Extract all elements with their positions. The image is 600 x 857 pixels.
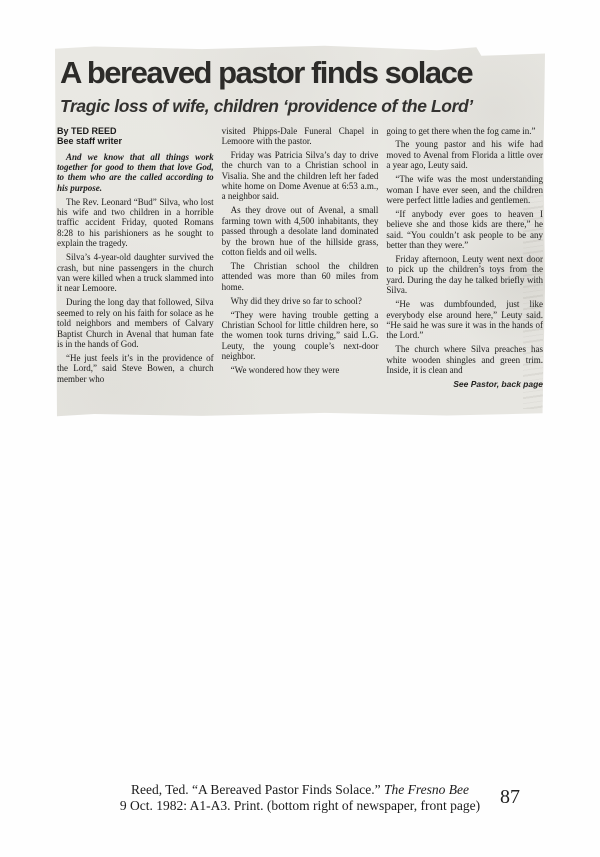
article-paragraph: As they drove out of Avenal, a small far…: [222, 205, 379, 257]
article-columns: By TED REED Bee staff writer And we know…: [55, 117, 545, 390]
article-headline: A bereaved pastor finds solace: [60, 57, 541, 90]
article-column-2: visited Phipps-Dale Funeral Chapel in Le…: [222, 126, 379, 390]
scanned-document-page: A bereaved pastor finds solace Tragic lo…: [0, 0, 600, 857]
article-paragraph: “If anybody ever goes to heaven I believ…: [386, 209, 543, 251]
jump-line: See Pastor, back page: [386, 379, 543, 389]
article-paragraph: The young pastor and his wife had moved …: [386, 139, 543, 170]
byline-author: By TED REED: [57, 126, 214, 136]
article-paragraph: “He just feels it’s in the providence of…: [57, 353, 214, 384]
byline-role: Bee staff writer: [57, 136, 214, 146]
scan-smudges: [523, 175, 543, 409]
scripture-verse-paragraph: And we know that all things work togethe…: [57, 152, 214, 194]
article-subhead: Tragic loss of wife, children ‘providenc…: [60, 96, 541, 117]
citation-source-title: The Fresno Bee: [384, 782, 469, 797]
article-paragraph: Silva’s 4-year-old daughter survived the…: [57, 252, 214, 294]
newspaper-clipping: A bereaved pastor finds solace Tragic lo…: [55, 45, 545, 417]
article-paragraph: “He was dumbfounded, just like everybody…: [386, 299, 543, 341]
article-paragraph: During the long day that followed, Silva…: [57, 297, 214, 349]
citation: Reed, Ted. “A Bereaved Pastor Finds Sola…: [60, 782, 540, 813]
citation-prefix: Reed, Ted. “A Bereaved Pastor Finds Sola…: [131, 782, 381, 797]
article-column-3: going to get there when the fog came in.…: [386, 126, 543, 390]
citation-line-2: 9 Oct. 1982: A1-A3. Print. (bottom right…: [60, 798, 540, 814]
article-paragraph: “The wife was the most understanding wom…: [386, 174, 543, 205]
article-paragraph: Friday was Patricia Silva’s day to drive…: [222, 150, 379, 202]
article-paragraph: The Rev. Leonard “Bud” Silva, who lost h…: [57, 197, 214, 249]
article-paragraph: “They were having trouble getting a Chri…: [222, 310, 379, 362]
article-paragraph: Why did they drive so far to school?: [222, 296, 379, 306]
article-paragraph: going to get there when the fog came in.…: [386, 126, 543, 136]
article-paragraph: The Christian school the children attend…: [222, 261, 379, 292]
byline: By TED REED Bee staff writer: [57, 126, 214, 146]
article-paragraph: Friday afternoon, Leuty went next door t…: [386, 254, 543, 296]
page-number: 87: [500, 786, 520, 809]
article-paragraph: visited Phipps-Dale Funeral Chapel in Le…: [222, 126, 379, 147]
article-paragraph: The church where Silva preaches has whit…: [386, 344, 543, 375]
citation-line-1: Reed, Ted. “A Bereaved Pastor Finds Sola…: [60, 782, 540, 798]
article-column-1: By TED REED Bee staff writer And we know…: [57, 126, 214, 390]
article-paragraph: “We wondered how they were: [222, 365, 379, 375]
